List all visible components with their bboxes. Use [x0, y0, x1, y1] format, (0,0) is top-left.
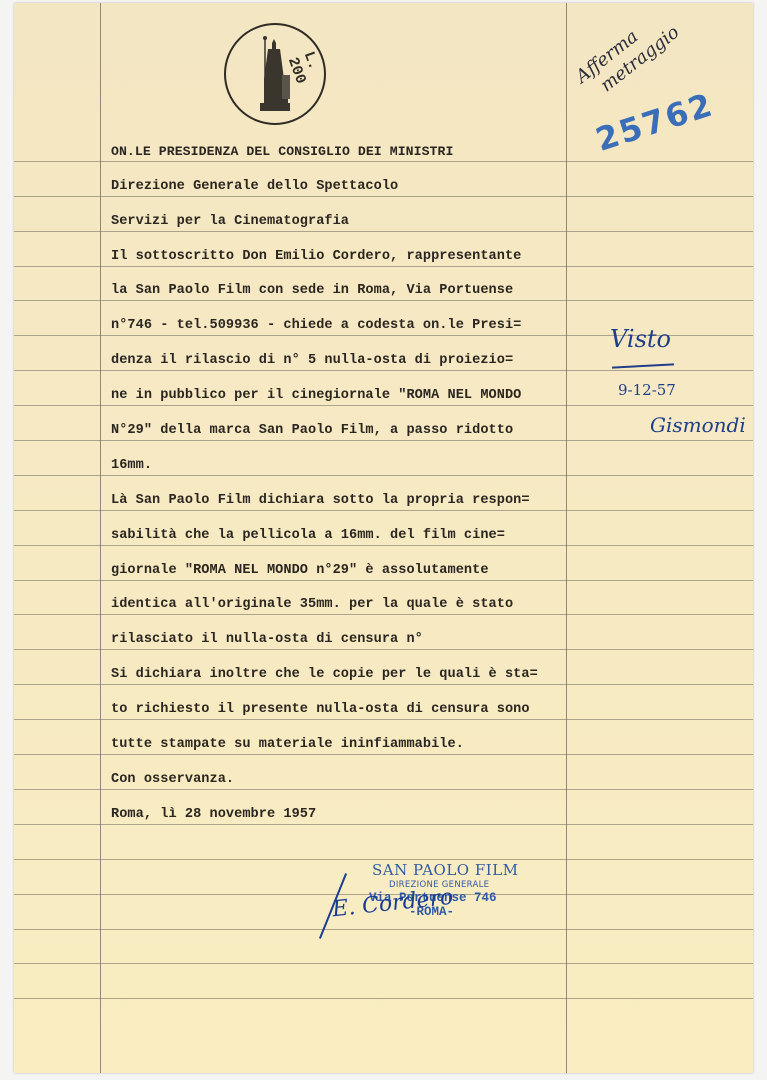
body-line: Si dichiara inoltre che le copie per le … [111, 667, 538, 682]
margin-initials: Gismondi [650, 413, 746, 437]
ruled-line [14, 719, 753, 720]
ruled-line [14, 649, 753, 650]
header-line: Direzione Generale dello Spettacolo [111, 179, 398, 194]
ruled-line [14, 580, 753, 581]
underline-stroke [612, 363, 674, 368]
left-margin-line [100, 3, 101, 1073]
ruled-line [14, 545, 753, 546]
body-line: Là San Paolo Film dichiara sotto la prop… [111, 493, 530, 508]
ruled-line [14, 754, 753, 755]
date-line: Roma, lì 28 novembre 1957 [111, 807, 316, 822]
ruled-line [14, 824, 753, 825]
handwritten-note: Afferma metraggio [572, 4, 684, 105]
ruled-line [14, 161, 753, 162]
header-line: ON.LE PRESIDENZA DEL CONSIGLIO DEI MINIS… [111, 144, 453, 159]
body-line: n°746 - tel.509936 - chiede a codesta on… [111, 318, 521, 333]
body-line: identica all'originale 35mm. per la qual… [111, 597, 513, 612]
body-line: giornale "ROMA NEL MONDO n°29" è assolut… [111, 563, 489, 578]
ruled-line [14, 440, 753, 441]
ruled-line [14, 300, 753, 301]
ruled-line [14, 231, 753, 232]
ruled-line [14, 370, 753, 371]
ruled-line [14, 789, 753, 790]
ruled-line [14, 859, 753, 860]
body-line: sabilità che la pellicola a 16mm. del fi… [111, 528, 505, 543]
body-line: to richiesto il presente nulla-osta di c… [111, 702, 530, 717]
body-line: la San Paolo Film con sede in Roma, Via … [111, 283, 513, 298]
right-margin-line [566, 3, 567, 1073]
body-line: tutte stampate su materiale ininfiammabi… [111, 737, 464, 752]
body-line: 16mm. [111, 458, 152, 473]
body-line: Il sottoscritto Don Emilio Cordero, rapp… [111, 249, 521, 264]
body-line: denza il rilascio di n° 5 nulla-osta di … [111, 353, 513, 368]
ruled-line [14, 614, 753, 615]
ruled-line [14, 510, 753, 511]
header-line: Servizi per la Cinematografia [111, 214, 349, 229]
ruled-line [14, 405, 753, 406]
ruled-line [14, 266, 753, 267]
italia-figure-icon [256, 35, 292, 115]
ruled-line [14, 475, 753, 476]
margin-note-visto: Visto [610, 325, 671, 353]
ruled-line [14, 684, 753, 685]
closing-line: Con osservanza. [111, 772, 234, 787]
stamp-company-name: SAN PAOLO FILM [344, 861, 519, 879]
ruled-line [14, 963, 753, 964]
ruled-line [14, 929, 753, 930]
document-page: L. 200 Afferma metraggio 25762 ON.LE PRE… [14, 3, 753, 1073]
margin-date: 9-12-57 [618, 381, 676, 399]
body-line: ne in pubblico per il cinegiornale "ROMA… [111, 388, 521, 403]
ruled-line [14, 998, 753, 999]
body-line: N°29" della marca San Paolo Film, a pass… [111, 423, 513, 438]
body-line: rilasciato il nulla-osta di censura n° [111, 632, 423, 647]
ruled-line [14, 196, 753, 197]
revenue-stamp: L. 200 [224, 23, 326, 125]
